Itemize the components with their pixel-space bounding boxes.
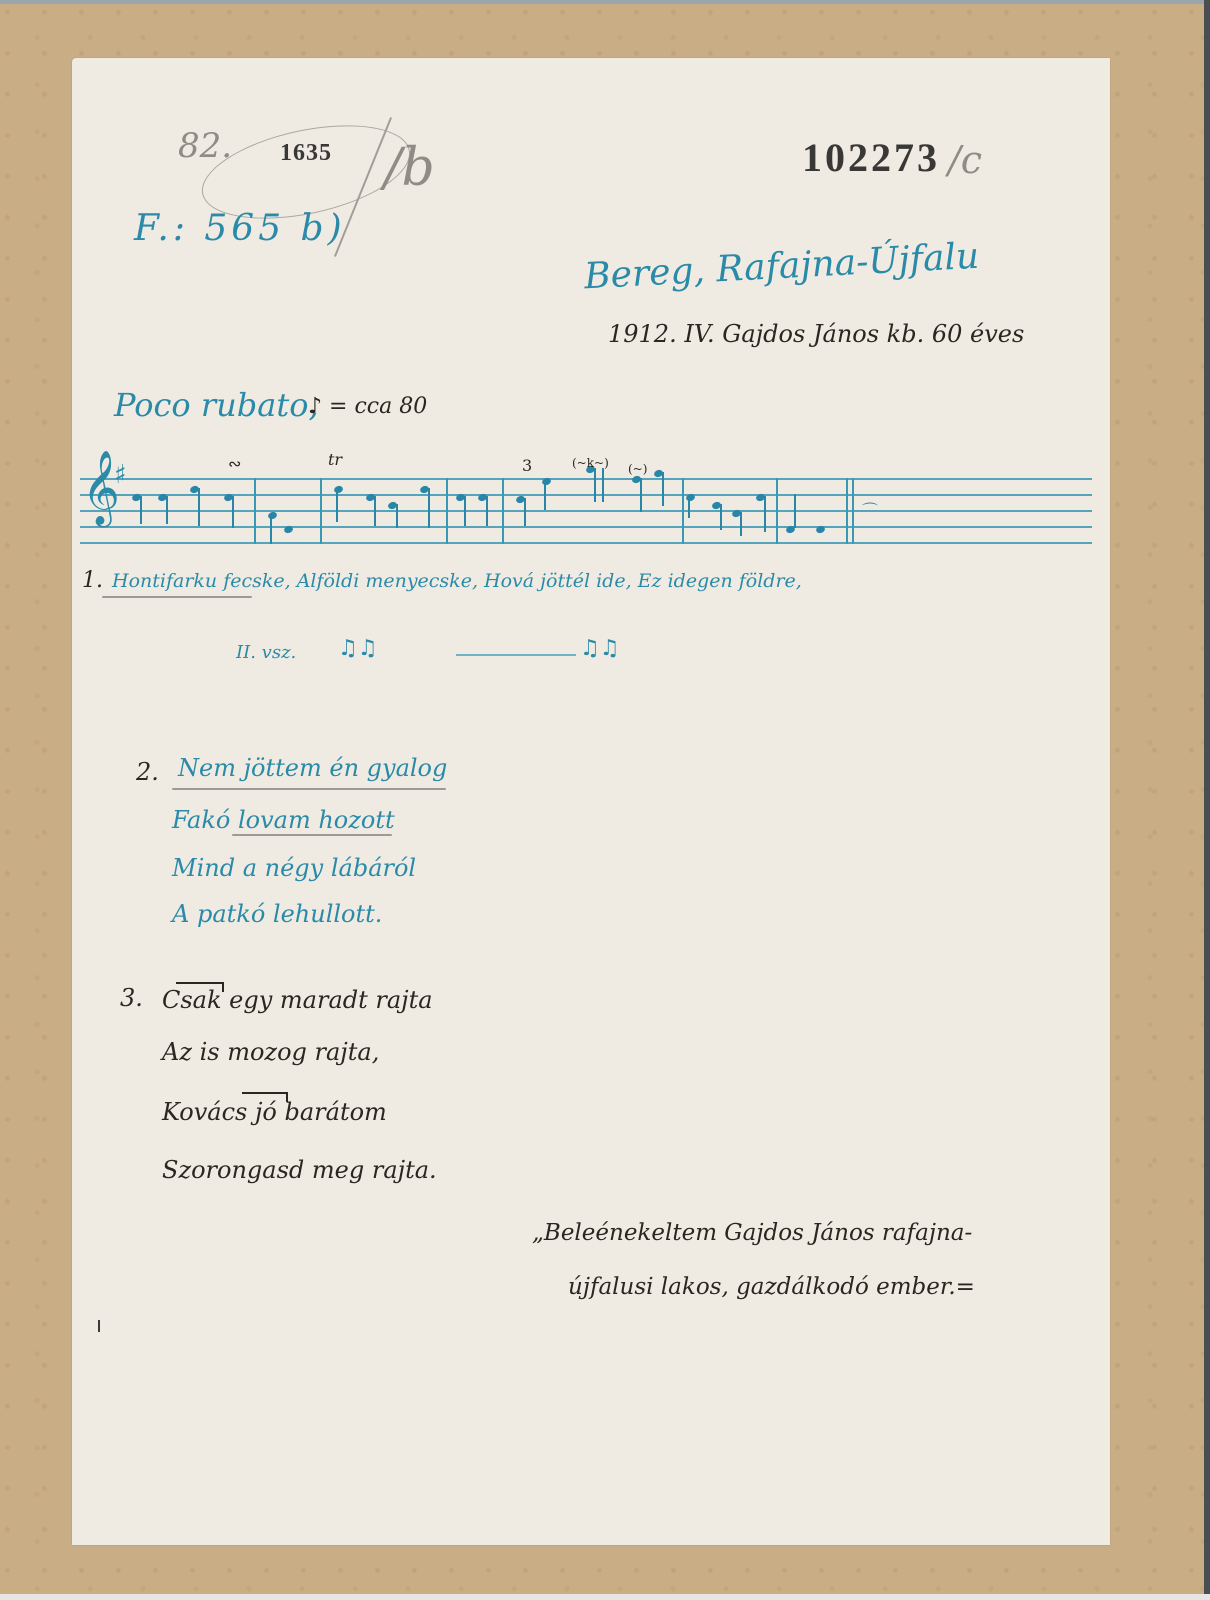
archive-stamp-suffix: /c bbox=[948, 138, 982, 182]
variant-dash bbox=[456, 654, 576, 656]
verse-1-underline bbox=[102, 596, 252, 598]
verse-2-number: 2. bbox=[136, 758, 159, 786]
margin-mark bbox=[98, 1320, 100, 1332]
variant-rhythm-1: ♫♫ bbox=[338, 636, 377, 661]
scan-right-edge bbox=[1204, 0, 1210, 1600]
final-fermata-icon: ⌒ bbox=[862, 498, 878, 521]
variant-rhythm-2: ♫♫ bbox=[580, 636, 619, 661]
verse-2-underline-1 bbox=[172, 788, 446, 790]
verse-3-line-2: Az is mozog rajta, bbox=[162, 1038, 379, 1066]
trill-ornament-icon: tr bbox=[328, 450, 342, 469]
variant-label: II. vsz. bbox=[236, 642, 296, 663]
verse-3-number: 3. bbox=[120, 984, 143, 1012]
scan-top-edge bbox=[0, 0, 1210, 4]
archive-stamp-number: 102273 bbox=[802, 134, 940, 181]
verse-3-line-3: Kovács jó barátom bbox=[162, 1098, 387, 1126]
verse-3-line-4: Szorongasd meg rajta. bbox=[162, 1156, 437, 1184]
verse-2-line-2: Fakó lovam hozott bbox=[172, 806, 395, 834]
location: Bereg, Rafajna-Újfalu bbox=[583, 236, 980, 298]
scan-bottom-edge bbox=[0, 1594, 1210, 1600]
ornament-variant-mark-2: (~) bbox=[628, 462, 647, 476]
recording-note-line-2: újfalusi lakos, gazdálkodó ember.= bbox=[568, 1274, 975, 1300]
rhythm-bracket-2 bbox=[242, 1092, 288, 1102]
recording-note-line-1: „Beleénekeltem Gajdos János rafajna- bbox=[532, 1220, 972, 1246]
verse-1-number: 1. bbox=[82, 568, 103, 593]
metronome-marking: ♪ = cca 80 bbox=[308, 394, 427, 419]
date-and-singer: 1912. IV. Gajdos János kb. 60 éves bbox=[608, 320, 1024, 348]
verse-2-line-4: A patkó lehullott. bbox=[172, 900, 382, 928]
sharp-key-signature-icon: ♯ bbox=[114, 460, 127, 490]
manuscript-paper: 82. 1635 /b 102273 /c F.: 565 b) Bereg, … bbox=[72, 58, 1110, 1545]
pencil-suffix: /b bbox=[384, 138, 435, 198]
rhythm-bracket-1 bbox=[176, 982, 224, 992]
triplet-mark-icon: 3 bbox=[522, 456, 532, 475]
verse-2-line-1: Nem jöttem én gyalog bbox=[178, 754, 447, 782]
reference-number: F.: 565 b) bbox=[134, 208, 346, 249]
tempo-marking: Poco rubato, bbox=[114, 386, 319, 424]
verse-2-underline-2 bbox=[232, 834, 392, 836]
turn-ornament-icon: ∾ bbox=[228, 454, 241, 473]
ornament-variant-mark: (~k~) bbox=[572, 456, 609, 470]
verse-2-line-3: Mind a négy lábáról bbox=[172, 854, 416, 882]
verse-1-line: Hontifarku fecske, Alföldi menyecske, Ho… bbox=[112, 570, 802, 592]
circled-stamp-number: 1635 bbox=[280, 140, 332, 167]
